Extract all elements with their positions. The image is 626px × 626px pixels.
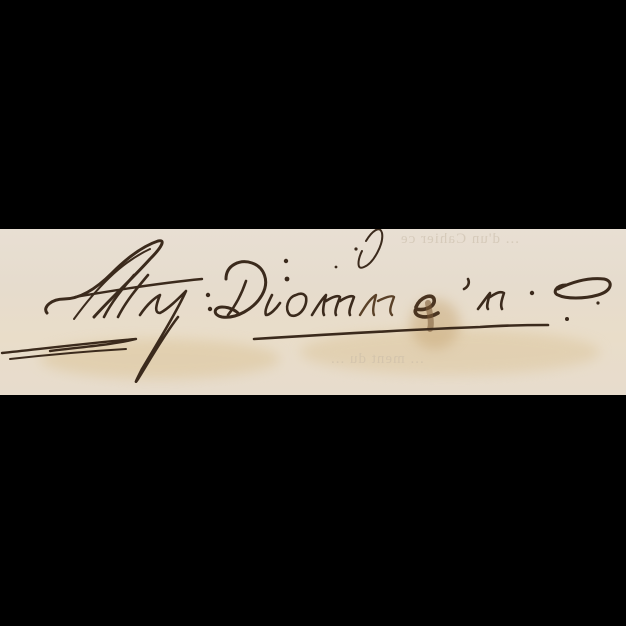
- photo-frame: ... d'un Cahier ce ... ment du ...: [0, 0, 626, 626]
- signature: [0, 229, 626, 395]
- paper-strip: ... d'un Cahier ce ... ment du ...: [0, 229, 626, 395]
